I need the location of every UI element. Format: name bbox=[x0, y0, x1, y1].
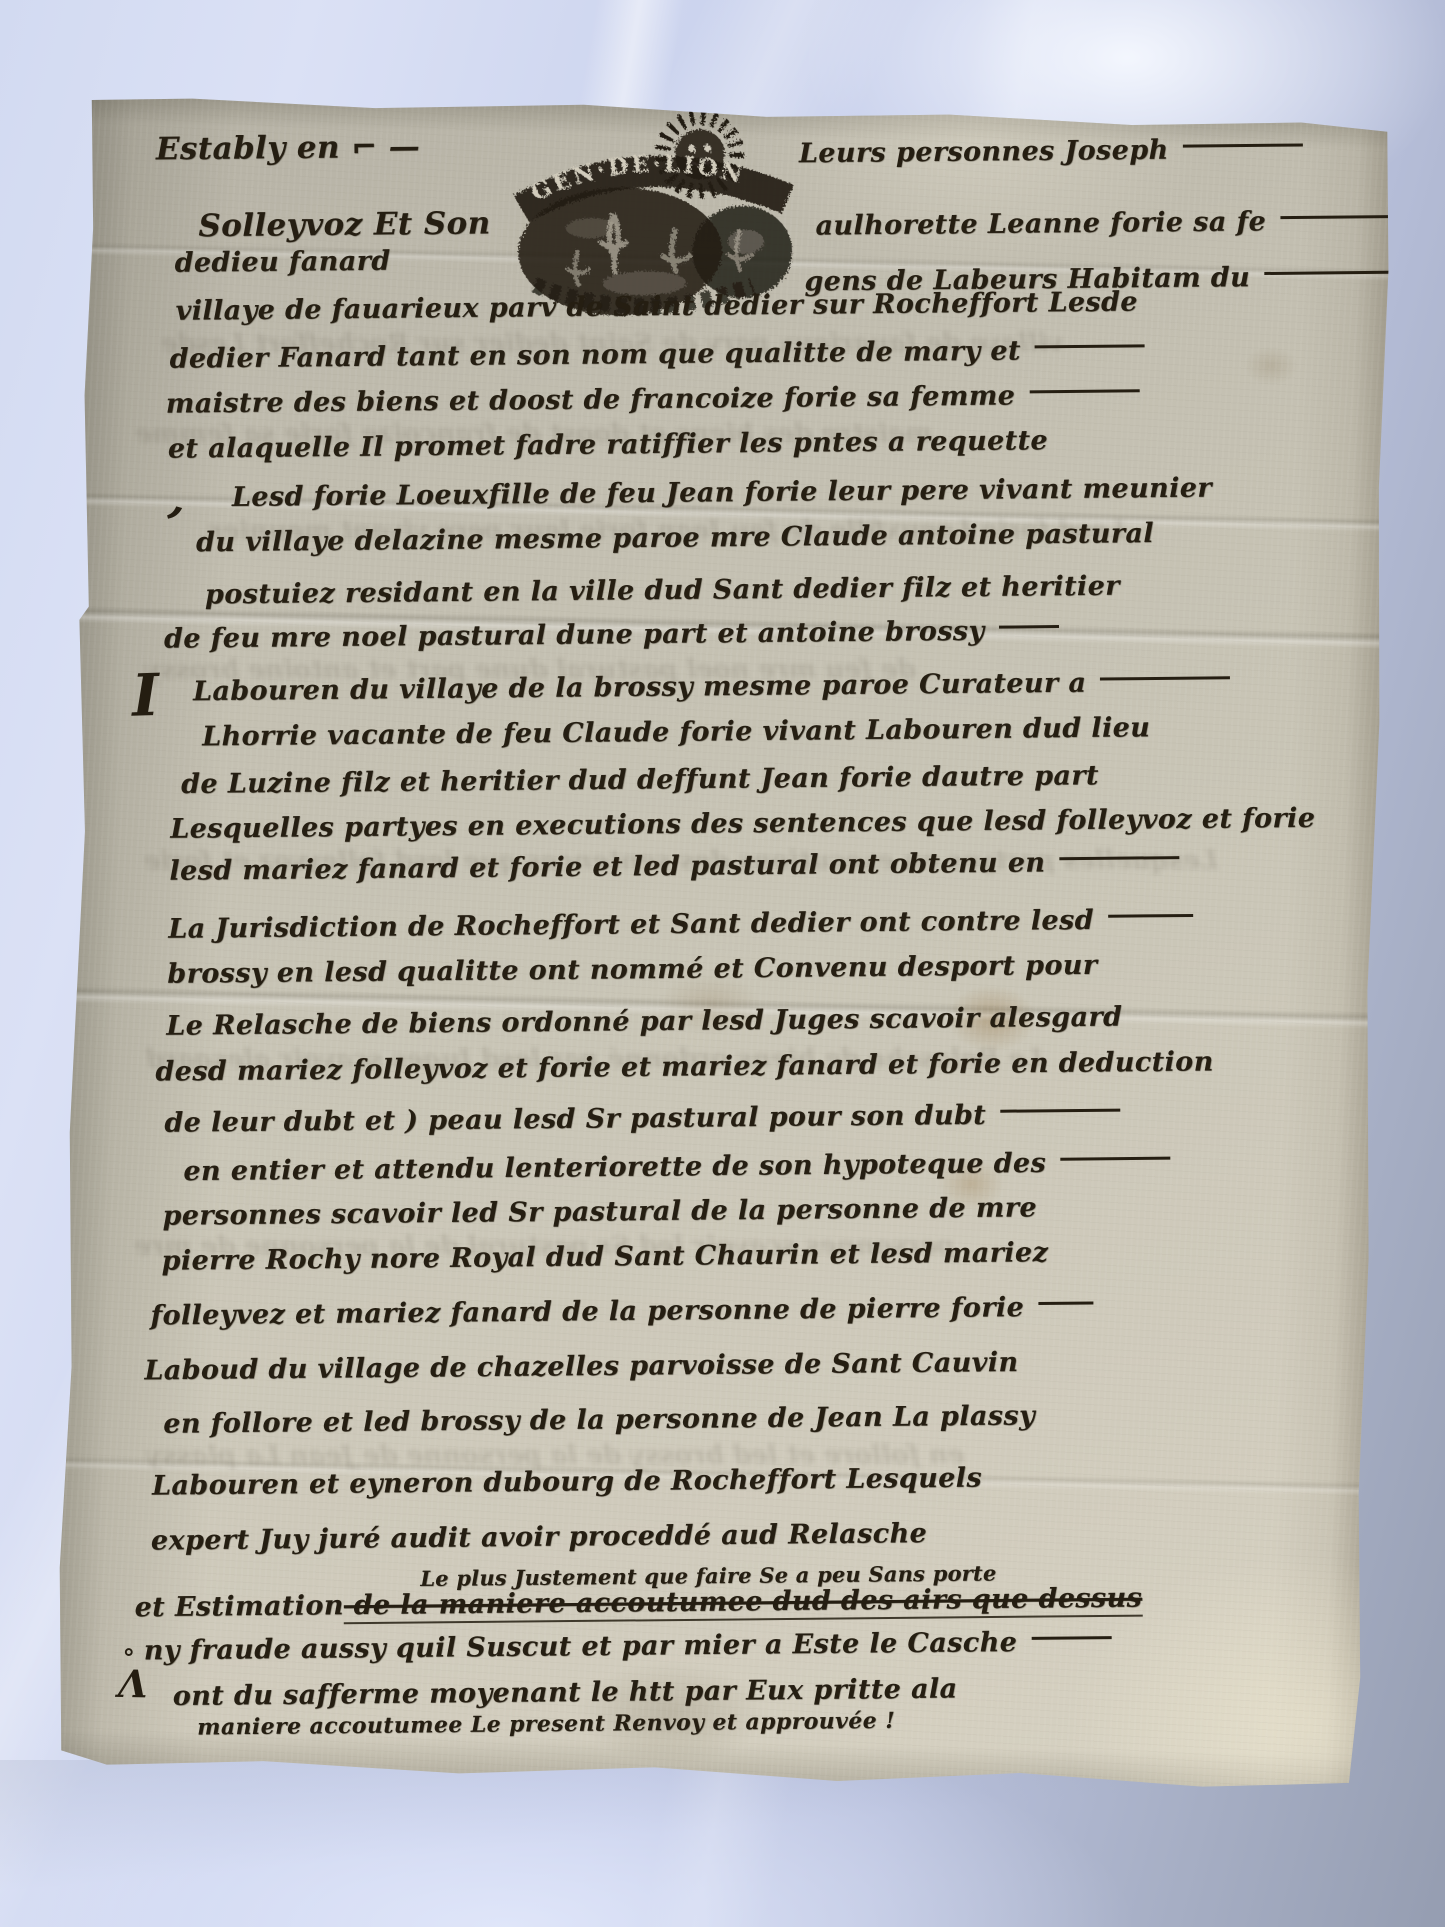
tissue-fold-highlight bbox=[420, 0, 840, 120]
manuscript-line: desd mariez folleyvoz et forie et mariez… bbox=[155, 1046, 1214, 1087]
manuscript-line: aulhorette Leanne forie sa fe bbox=[815, 205, 1410, 242]
line-filler-dash bbox=[1280, 215, 1410, 219]
line-filler-dash bbox=[1035, 344, 1145, 348]
manuscript-line: La Jurisdiction de Rocheffort et Sant de… bbox=[168, 904, 1193, 945]
manuscript-line: Solleyvoz Et Son bbox=[198, 205, 491, 244]
line-filler-dash bbox=[1060, 1157, 1170, 1161]
manuscript-line: villaye de fauarieux parv de Saint dedie… bbox=[176, 287, 1139, 327]
manuscript-line: et Estimation de la maniere accoutumee d… bbox=[134, 1583, 1142, 1624]
manuscript-line: dedier Fanard tant en son nom que qualit… bbox=[170, 334, 1145, 374]
handwriting-layer: Estably en ⌐ —Leurs personnes JosephSoll… bbox=[54, 94, 1392, 1795]
manuscript-line: Lhorrie vacante de feu Claude forie viva… bbox=[202, 712, 1150, 752]
manuscript-line: maniere accoutumee Le present Renvoy et … bbox=[197, 1708, 895, 1741]
manuscript-line: Labouren du villaye de la brossy mesme p… bbox=[193, 666, 1231, 707]
line-filler-dash bbox=[1182, 143, 1302, 147]
manuscript-line: de feu mre noel pastural dune part et an… bbox=[164, 615, 1059, 655]
line-filler-dash bbox=[1000, 1109, 1120, 1113]
manuscript-line: postuiez residant en la ville dud Sant d… bbox=[205, 571, 1120, 611]
manuscript-line: lesd mariez fanard et forie et led pastu… bbox=[169, 846, 1179, 887]
margin-mark: I bbox=[131, 661, 160, 730]
manuscript-line: folleyvez et mariez fanard de la personn… bbox=[150, 1291, 1093, 1331]
manuscript-line: Laboud du village de chazelles parvoisse… bbox=[144, 1347, 1018, 1386]
line-filler-dash bbox=[1264, 271, 1394, 275]
manuscript-line: Leurs personnes Joseph bbox=[799, 133, 1303, 169]
line-filler-dash bbox=[1029, 389, 1139, 393]
manuscript-line: expert Juy juré audit avoir proceddé aud… bbox=[151, 1518, 927, 1556]
manuscript-line: maistre des biens et doost de francoize … bbox=[166, 379, 1140, 419]
line-filler-dash bbox=[1100, 676, 1230, 680]
manuscript-line: ont du safferme moyenant le htt par Eux … bbox=[173, 1673, 958, 1712]
manuscript-line: et alaquelle Il promet fadre ratiffier l… bbox=[168, 425, 1048, 464]
manuscript-line: ny fraude aussy quil Suscut et par mier … bbox=[144, 1626, 1112, 1666]
manuscript-line: dedieu fanard bbox=[174, 246, 390, 279]
margin-mark: Λ bbox=[118, 1661, 148, 1707]
line-filler-dash bbox=[1031, 1636, 1111, 1640]
manuscript-line: Labouren et eyneron dubourg de Rocheffor… bbox=[152, 1463, 982, 1502]
line-filler-dash bbox=[1038, 1301, 1093, 1305]
manuscript-line: personnes scavoir led Sr pastural de la … bbox=[162, 1192, 1037, 1231]
manuscript-line: du villaye delazine mesme paroe mre Clau… bbox=[196, 518, 1154, 558]
manuscript-line: pierre Rochy nore Royal dud Sant Chaurin… bbox=[161, 1237, 1048, 1277]
manuscript-line: de leur dubt et ) peau lesd Sr pastural … bbox=[164, 1099, 1120, 1139]
manuscript-line: Lesquelles partyes en executions des sen… bbox=[170, 803, 1315, 845]
manuscript-line: en follore et led brossy de la personne … bbox=[163, 1400, 1035, 1439]
photo-of-manuscript: { "scene": { "description_tags": ["aged-… bbox=[0, 0, 1445, 1927]
margin-mark: , bbox=[165, 473, 193, 526]
manuscript-line: Estably en ⌐ — bbox=[156, 129, 421, 168]
manuscript-line: de Luzine filz et heritier dud deffunt J… bbox=[181, 760, 1099, 800]
manuscript-page: GEN·DE·LION villaye de bbox=[54, 94, 1392, 1795]
line-filler-dash bbox=[1108, 914, 1193, 918]
struck-out-text: de la maniere accoutumee dud des airs qu… bbox=[344, 1583, 1143, 1625]
manuscript-line: en entier et attendu lenteriorette de so… bbox=[183, 1147, 1170, 1187]
manuscript-line: Lesd forie Loeuxfille de feu Jean forie … bbox=[232, 473, 1212, 513]
manuscript-line: Le Relasche de biens ordonné par lesd Ju… bbox=[166, 1002, 1122, 1042]
line-filler-dash bbox=[1059, 856, 1179, 860]
manuscript-line: brossy en lesd qualitte ont nommé et Con… bbox=[167, 950, 1097, 990]
line-filler-dash bbox=[998, 625, 1058, 629]
